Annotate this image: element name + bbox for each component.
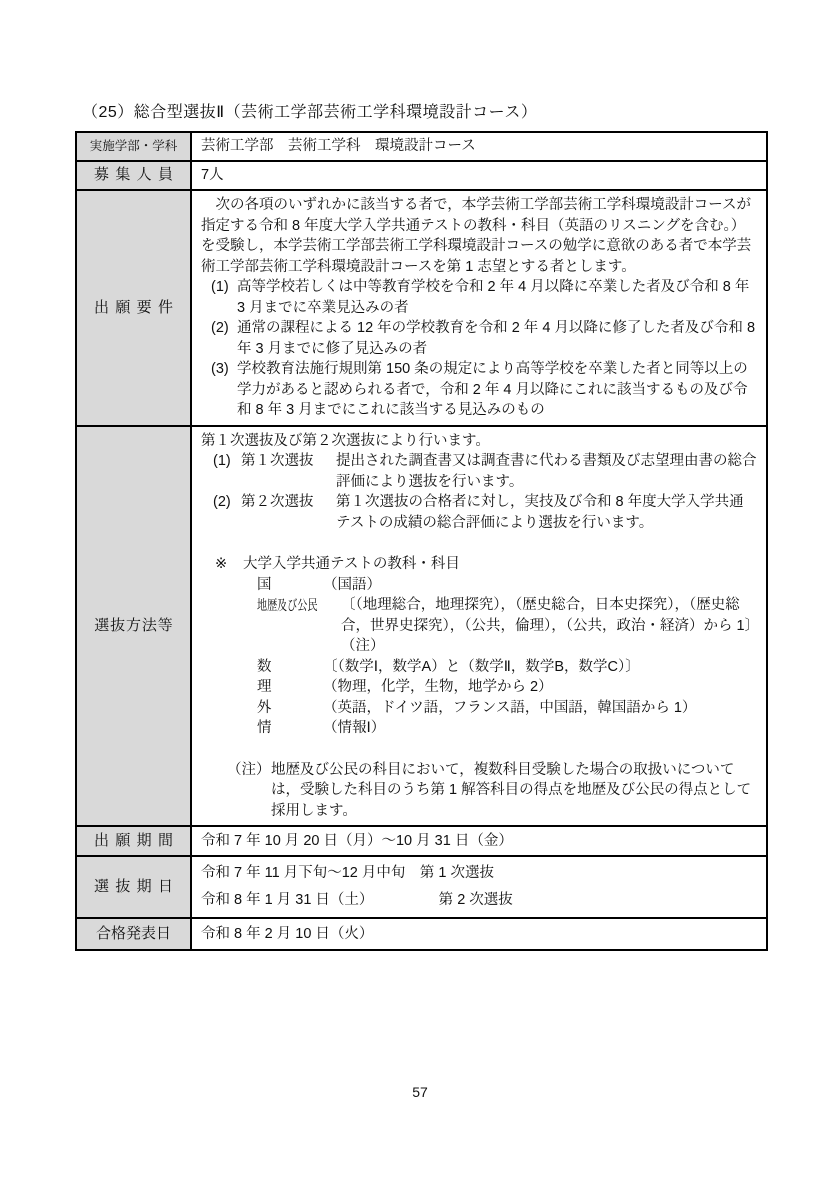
table-row-application-period: 出願期間 令和 7 年 10 月 20 日（月）～10 月 31 日（金）: [76, 826, 767, 856]
announcement-label: 合格発表日: [96, 924, 171, 945]
selection-method-intro: 第１次選抜及び第２次選抜により行います。: [201, 431, 757, 452]
page-title: （25）総合型選抜Ⅱ（芸術工学部芸術工学科環境設計コース）: [82, 101, 537, 125]
requirements-intro: 次の各項のいずれかに該当する者で，本学芸術工学部芸術工学科環境設計コースが指定す…: [201, 195, 757, 277]
selection-step-title: 第１次選抜: [241, 451, 336, 492]
announcement-label-cell: 合格発表日: [76, 918, 191, 950]
table-row-selection-method: 選抜方法等 第１次選抜及び第２次選抜により行います。 (1) 第１次選抜 提出さ…: [76, 426, 767, 827]
subject-detail: （国語）: [323, 575, 757, 596]
subject-name-condensed: 地歴及び公民: [257, 595, 317, 616]
subject-detail: （情報Ⅰ）: [323, 718, 757, 739]
subject-name: 地歴及び公民: [257, 595, 341, 657]
subject-detail: （英語，ドイツ語，フランス語，中国語，韓国語から 1）: [323, 698, 757, 719]
requirement-item: (2) 通常の課程による 12 年の学校教育を令和 2 年 4 月以降に修了した…: [201, 318, 757, 359]
subjects-heading-text: 大学入学共通テストの教科・科目: [243, 554, 460, 575]
subject-row-science: 理 （物理，化学，生物，地学から 2）: [201, 677, 757, 698]
department-value: 芸術工学部 芸術工学科 環境設計コース: [201, 138, 476, 154]
selection-date-line-2: 令和 8 年 1 月 31 日（土） 第 2 次選抜: [201, 887, 757, 914]
application-period-label-cell: 出願期間: [76, 826, 191, 856]
announcement-value-cell: 令和 8 年 2 月 10 日（火）: [191, 918, 767, 950]
selection-method-value-cell: 第１次選抜及び第２次選抜により行います。 (1) 第１次選抜 提出された調査書又…: [191, 426, 767, 827]
selection-step: (2) 第２次選抜 第１次選抜の合格者に対し，実技及び令和 8 年度大学入学共通…: [201, 492, 757, 533]
note-row: （注） 地歴及び公民の科目において，複数科目受験した場合の取扱いについては，受験…: [201, 760, 757, 822]
application-period-label: 出願期間: [94, 831, 179, 852]
page-number: 57: [0, 1084, 840, 1100]
table-row-announcement: 合格発表日 令和 8 年 2 月 10 日（火）: [76, 918, 767, 950]
capacity-label-cell: 募集人員: [76, 161, 191, 190]
subject-detail: 〔（地理総合，地理探究），（歴史総合，日本史探究），（歴史総合，世界史探究），（…: [341, 595, 757, 657]
subjects-heading: ※ 大学入学共通テストの教科・科目: [201, 554, 757, 575]
table-row-requirements: 出願要件 次の各項のいずれかに該当する者で，本学芸術工学部芸術工学科環境設計コー…: [76, 190, 767, 426]
selection-step-title: 第２次選抜: [241, 492, 336, 533]
subject-detail: 〔（数学Ⅰ，数学A）と（数学Ⅱ，数学B，数学C）〕: [323, 657, 757, 678]
subject-name: 数: [257, 657, 323, 678]
requirement-item-number: (3): [201, 359, 237, 421]
subject-name: 外: [257, 698, 323, 719]
admission-info-table: 実施学部・学科 芸術工学部 芸術工学科 環境設計コース 募集人員 7人 出願要件: [75, 131, 768, 951]
reference-mark: ※: [201, 554, 243, 575]
subject-row-foreign-language: 外 （英語，ドイツ語，フランス語，中国語，韓国語から 1）: [201, 698, 757, 719]
document-page: （25）総合型選抜Ⅱ（芸術工学部芸術工学科環境設計コース） 実施学部・学科 芸術…: [0, 0, 840, 1188]
note-text: 地歴及び公民の科目において，複数科目受験した場合の取扱いについては，受験した科目…: [271, 760, 757, 822]
table-row-selection-date: 選抜期日 令和 7 年 11 月下旬～12 月中旬 第 1 次選抜 令和 8 年…: [76, 856, 767, 918]
table-row-capacity: 募集人員 7人: [76, 161, 767, 190]
requirement-item-number: (2): [201, 318, 237, 359]
subject-detail: （物理，化学，生物，地学から 2）: [323, 677, 757, 698]
requirements-label-cell: 出願要件: [76, 190, 191, 426]
requirements-label: 出願要件: [94, 298, 179, 319]
capacity-value: 7人: [201, 167, 224, 183]
selection-date-line-1: 令和 7 年 11 月下旬～12 月中旬 第 1 次選抜: [201, 860, 757, 887]
application-period-value: 令和 7 年 10 月 20 日（月）～10 月 31 日（金）: [201, 833, 513, 849]
selection-step-number: (2): [201, 492, 241, 533]
subject-name: 理: [257, 677, 323, 698]
selection-step-text: 提出された調査書又は調査書に代わる書類及び志望理由書の総合評価により選抜を行いま…: [336, 451, 757, 492]
capacity-value-cell: 7人: [191, 161, 767, 190]
subject-row-math: 数 〔（数学Ⅰ，数学A）と（数学Ⅱ，数学B，数学C）〕: [201, 657, 757, 678]
requirement-item-text: 高等学校若しくは中等教育学校を令和 2 年 4 月以降に卒業した者及び令和 8 …: [237, 277, 757, 318]
department-label-cell: 実施学部・学科: [76, 132, 191, 161]
subject-name: 国: [257, 575, 323, 596]
requirement-item: (1) 高等学校若しくは中等教育学校を令和 2 年 4 月以降に卒業した者及び令…: [201, 277, 757, 318]
department-label: 実施学部・学科: [90, 136, 178, 157]
capacity-label: 募集人員: [94, 165, 179, 186]
selection-step-text: 第１次選抜の合格者に対し，実技及び令和 8 年度大学入学共通テストの成績の総合評…: [336, 492, 757, 533]
selection-step-number: (1): [201, 451, 241, 492]
note-label: （注）: [227, 760, 271, 822]
application-period-value-cell: 令和 7 年 10 月 20 日（月）～10 月 31 日（金）: [191, 826, 767, 856]
selection-date-value-cell: 令和 7 年 11 月下旬～12 月中旬 第 1 次選抜 令和 8 年 1 月 …: [191, 856, 767, 918]
department-value-cell: 芸術工学部 芸術工学科 環境設計コース: [191, 132, 767, 161]
announcement-value: 令和 8 年 2 月 10 日（火）: [201, 926, 373, 942]
requirement-item-text: 通常の課程による 12 年の学校教育を令和 2 年 4 月以降に修了した者及び令…: [237, 318, 757, 359]
selection-method-label-cell: 選抜方法等: [76, 426, 191, 827]
subject-name: 情: [257, 718, 323, 739]
requirement-item: (3) 学校教育法施行規則第 150 条の規定により高等学校を卒業した者と同等以…: [201, 359, 757, 421]
selection-date-label: 選抜期日: [94, 877, 179, 898]
subject-row-geography-civics: 地歴及び公民 〔（地理総合，地理探究），（歴史総合，日本史探究），（歴史総合，世…: [201, 595, 757, 657]
requirement-item-number: (1): [201, 277, 237, 318]
selection-date-label-cell: 選抜期日: [76, 856, 191, 918]
requirements-value-cell: 次の各項のいずれかに該当する者で，本学芸術工学部芸術工学科環境設計コースが指定す…: [191, 190, 767, 426]
selection-step: (1) 第１次選抜 提出された調査書又は調査書に代わる書類及び志望理由書の総合評…: [201, 451, 757, 492]
subject-row-kokugo: 国 （国語）: [201, 575, 757, 596]
selection-method-label: 選抜方法等: [94, 616, 174, 637]
requirement-item-text: 学校教育法施行規則第 150 条の規定により高等学校を卒業した者と同等以上の学力…: [237, 359, 757, 421]
table-row-department: 実施学部・学科 芸術工学部 芸術工学科 環境設計コース: [76, 132, 767, 161]
subject-row-information: 情 （情報Ⅰ）: [201, 718, 757, 739]
